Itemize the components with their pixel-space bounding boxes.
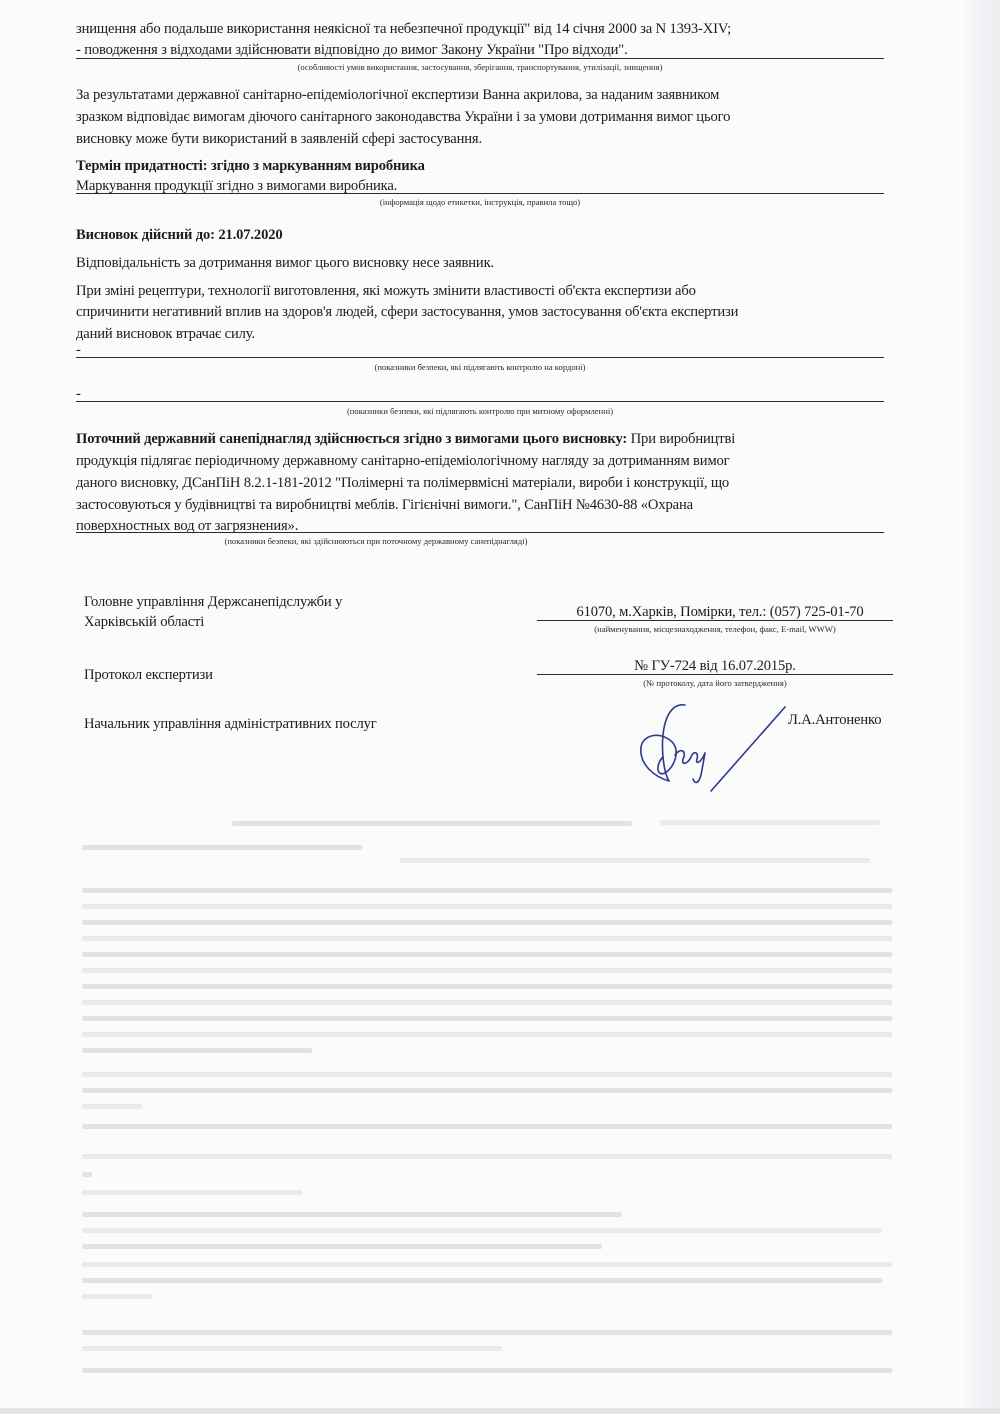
result-line-3: висновку може бути використаний в заявле… <box>76 129 482 149</box>
address-underline <box>537 620 893 621</box>
validity-label: Висновок дійсний до: 21.07.2020 <box>76 225 283 245</box>
protocol-caption: (№ протоколу, дата його затвердження) <box>537 678 893 688</box>
result-line-1: За результатами державної санітарно-епід… <box>76 85 719 105</box>
shelf-life-heading: Термін придатності: згідно з маркуванням… <box>76 156 425 176</box>
page-edge-shadow <box>960 0 1000 1414</box>
supervision-caption: (показники безпеки, які здійснюються при… <box>76 536 676 546</box>
disposal-line-1: знищення або подальше використання неякі… <box>76 19 731 39</box>
protocol-underline <box>537 674 893 675</box>
signatory-position: Начальник управління адміністративних по… <box>84 714 377 734</box>
disposal-line-2: - поводження з відходами здійснювати від… <box>76 40 628 60</box>
authority-name-line-1: Головне управління Держсанепідслужби у <box>84 592 342 612</box>
supervision-line-2: продукція підлягає періодичному державно… <box>76 451 730 471</box>
result-line-2: зразком відповідає вимогам діючого саніт… <box>76 107 730 127</box>
border-caption: (показники безпеки, які підлягають контр… <box>76 362 884 372</box>
signatory-name: Л.А.Антоненко <box>788 710 881 730</box>
border-underline <box>76 357 884 358</box>
disposal-caption: (особливості умов використання, застосув… <box>76 62 884 72</box>
supervision-line-4: застосовуються у будівництві та виробниц… <box>76 495 693 515</box>
document-page: знищення або подальше використання неякі… <box>0 0 1000 1414</box>
change-line-3: даний висновок втрачає силу. <box>76 324 255 344</box>
responsibility-text: Відповідальність за дотримання вимог цьо… <box>76 253 494 273</box>
authority-name-line-2: Харківській області <box>84 612 204 632</box>
supervision-line-1-rest: При виробництві <box>627 431 735 447</box>
protocol-label: Протокол експертизи <box>84 665 213 685</box>
change-line-1: При зміні рецептури, технології виготовл… <box>76 281 696 301</box>
marking-underline <box>76 193 884 194</box>
disposal-underline <box>76 58 884 59</box>
supervision-line-3: даного висновку, ДСанПіН 8.2.1-181-2012 … <box>76 473 729 493</box>
authority-address: 61070, м.Харків, Помірки, тел.: (057) 72… <box>550 602 890 622</box>
supervision-underline <box>76 532 884 533</box>
change-line-2: спричинити негативний вплив на здоров'я … <box>76 302 738 322</box>
marking-caption: (інформація щодо етикетки, інструкція, п… <box>76 197 884 207</box>
supervision-line-5: поверхностных вод от загрязнения». <box>76 516 298 536</box>
protocol-value: № ГУ-724 від 16.07.2015р. <box>537 656 893 676</box>
address-caption: (найменування, місцезнаходження, телефон… <box>537 624 893 634</box>
customs-underline <box>76 401 884 402</box>
customs-caption: (показники безпеки, які підлягають контр… <box>76 406 884 416</box>
supervision-line-1: Поточний державний санепіднагляд здійсню… <box>76 429 735 449</box>
supervision-heading: Поточний державний санепіднагляд здійсню… <box>76 431 627 447</box>
signature-icon <box>625 695 795 795</box>
page-bottom-edge <box>0 1408 1000 1414</box>
